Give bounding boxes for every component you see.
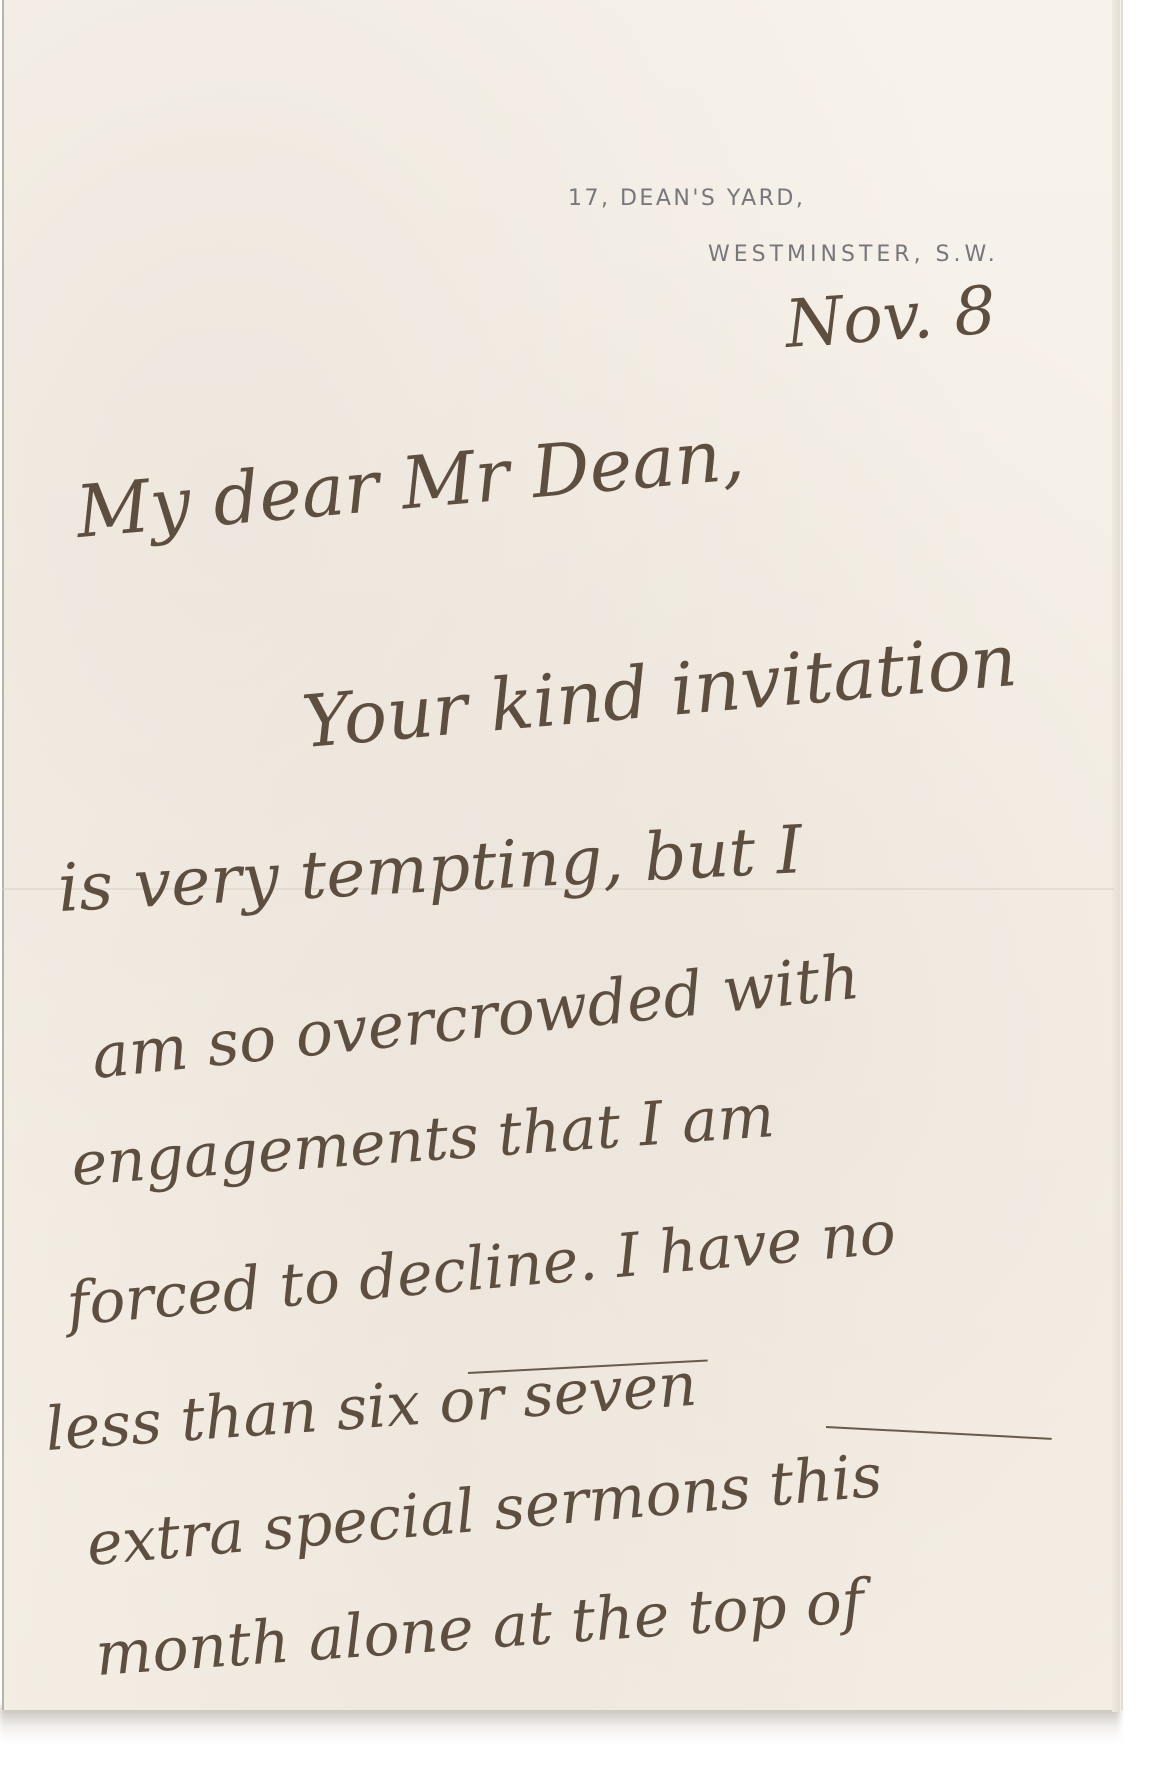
paper-shadow bbox=[0, 1706, 1120, 1742]
page-edge bbox=[1112, 0, 1120, 1712]
letter-date: Nov. 8 bbox=[783, 271, 999, 363]
letterhead-address-line-1: 17, DEAN'S YARD, bbox=[568, 186, 805, 211]
letterhead-address-line-2: WESTMINSTER, S.W. bbox=[708, 242, 999, 267]
